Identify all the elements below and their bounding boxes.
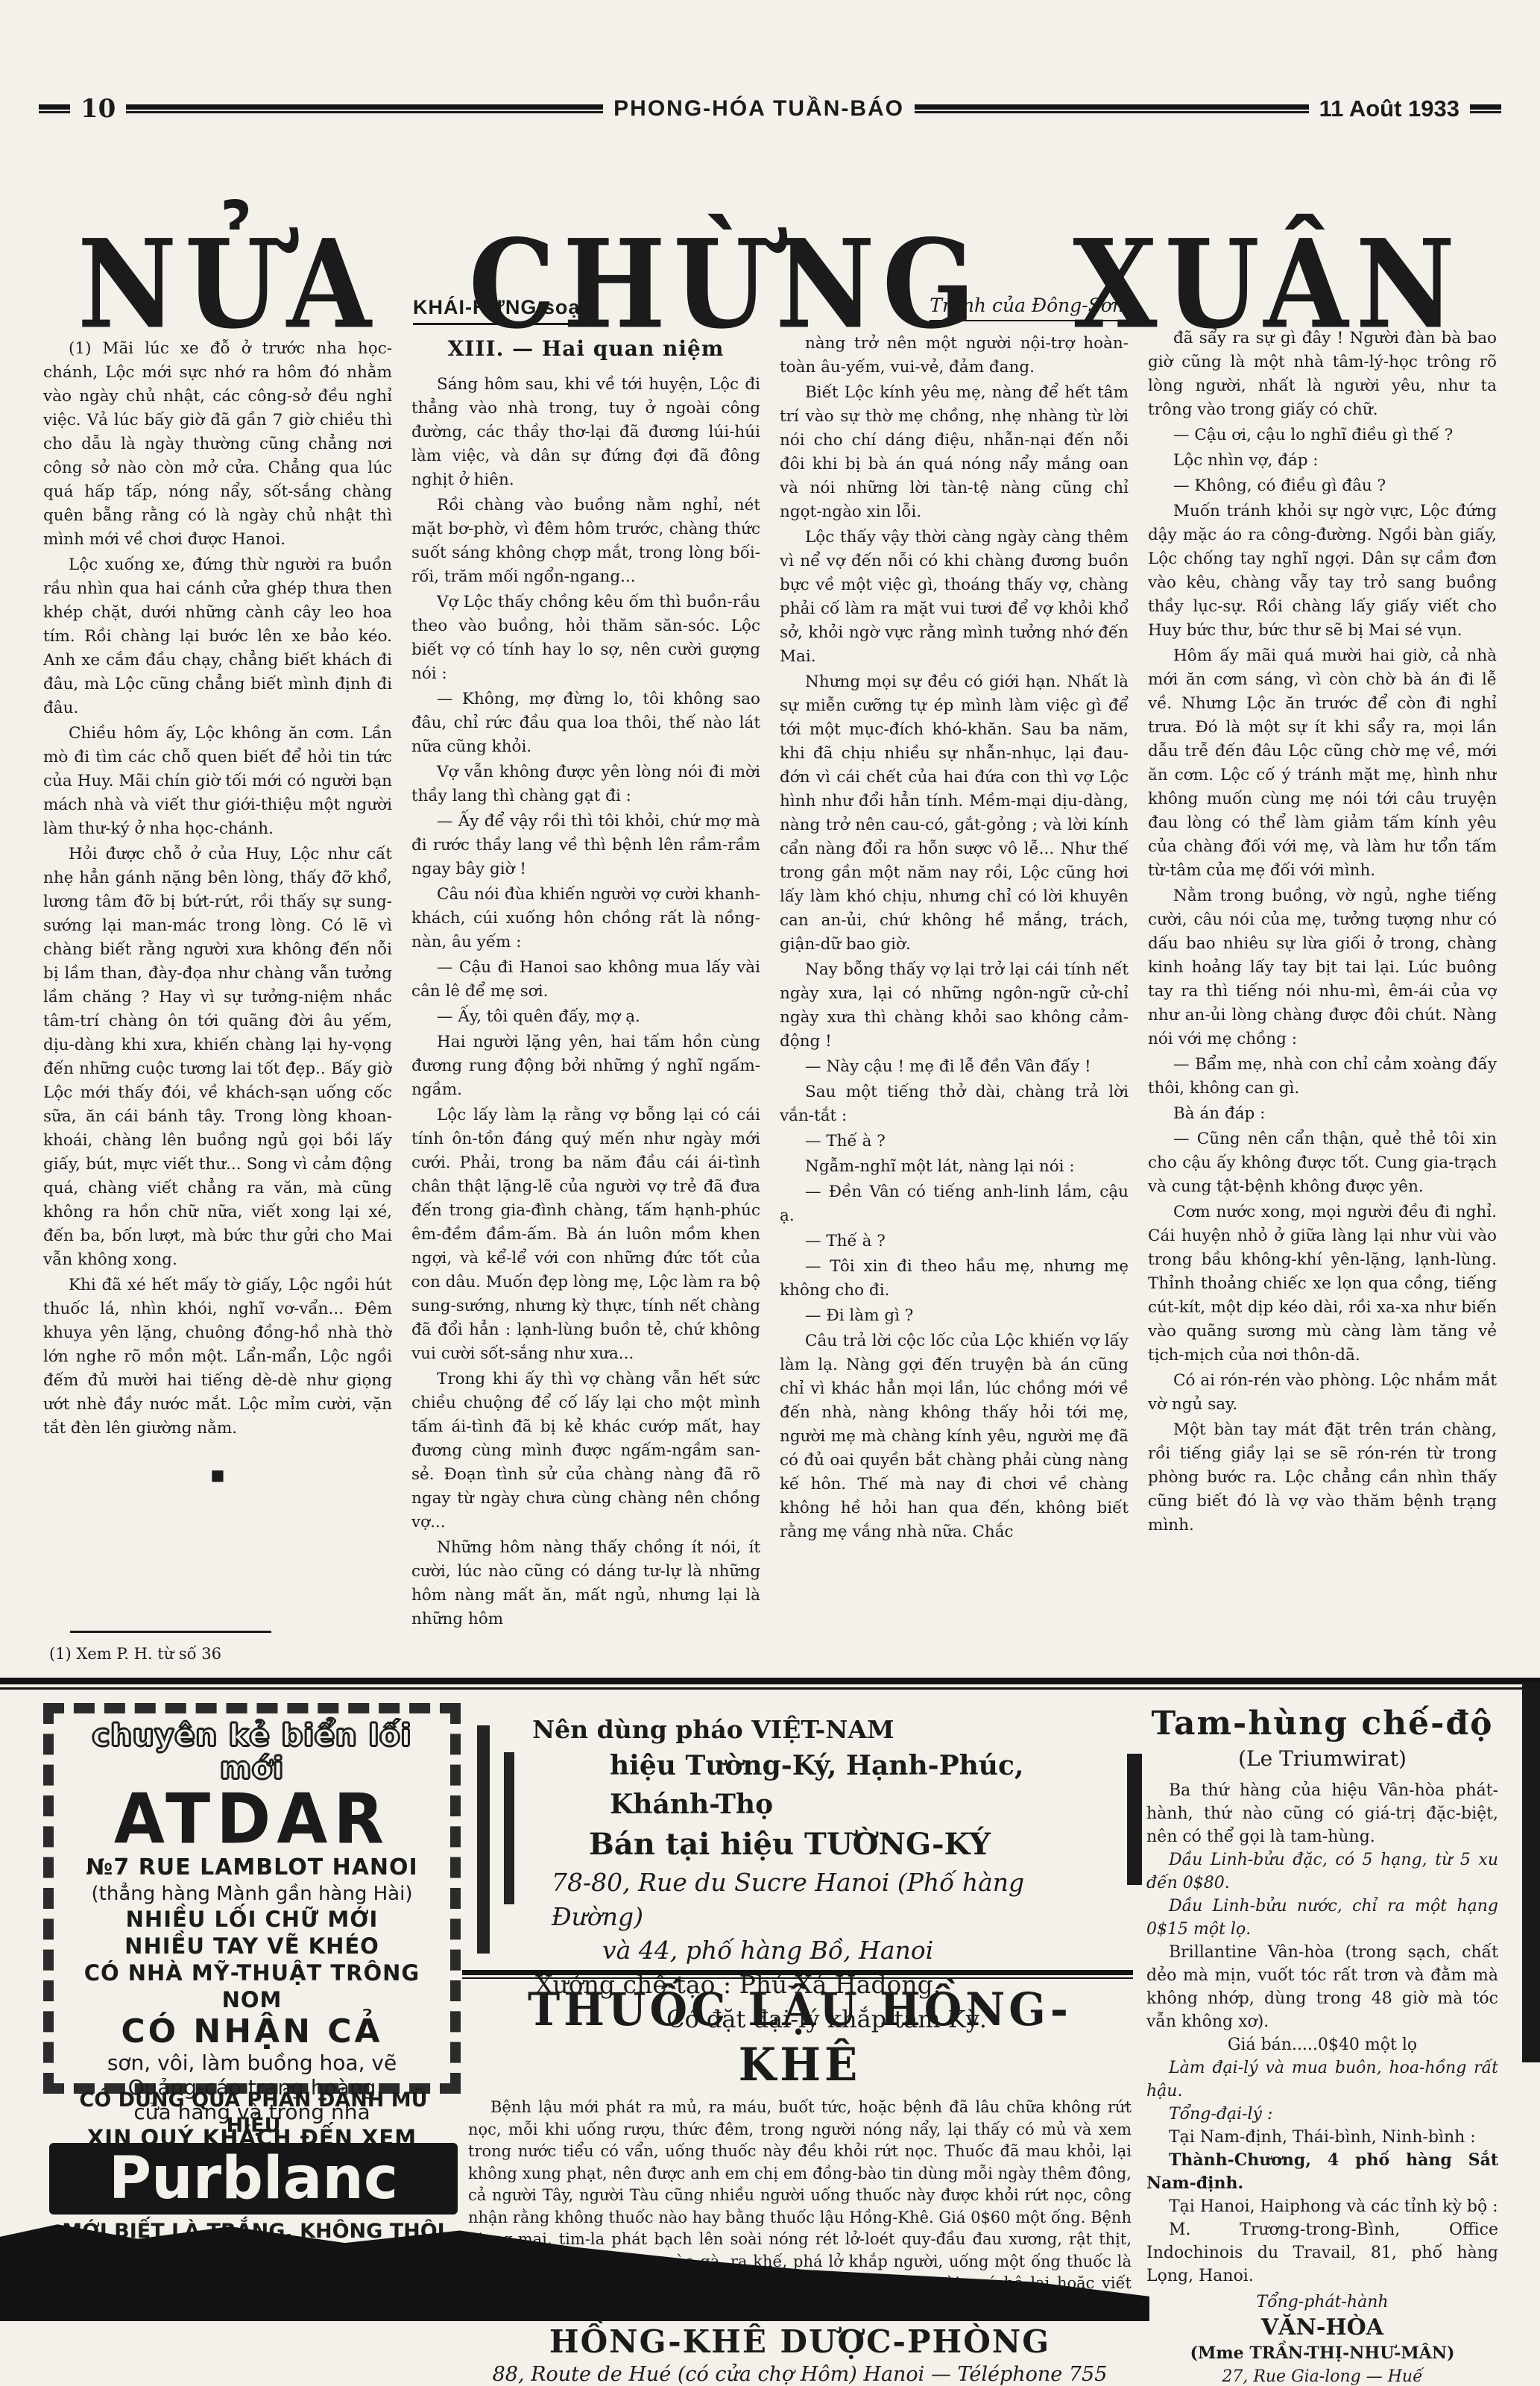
newspaper-page: 10 PHONG-HÓA TUẦN-BÁO 11 Août 1933 NỬA C… <box>0 0 1540 2386</box>
ad-paragraph: (Mme TRẦN-THỊ-NHƯ-MÂN) <box>1146 2342 1498 2365</box>
atdar-line: NHIỀU LỐI CHỮ MỚI <box>63 1906 441 1933</box>
purblanc-brand-logo: Purblanc <box>49 2143 458 2215</box>
phao-line: Bán tại hiệu TƯỜNG-KÝ <box>589 1824 1123 1866</box>
ad-paragraph: M. Trương-trong-Bình, Office Indochinois… <box>1146 2218 1498 2288</box>
column-1-body: (1) Mãi lúc xe đỗ ở trước nha học-chánh,… <box>43 337 392 1442</box>
illustrator-wrap: Tranh của Đông-Sơn <box>780 294 1124 321</box>
paragraph: nàng trở nên một người nội-trợ hoàn-toàn… <box>780 332 1129 380</box>
atdar-line: NHIỀU TAY VẼ KHÉO <box>63 1933 441 1960</box>
paragraph: Chiều hôm ấy, Lộc không ăn cơm. Lần mò đ… <box>43 722 392 841</box>
paragraph: — Bẩm mẹ, nhà con chỉ cảm xoàng đấy thôi… <box>1148 1053 1497 1101</box>
paragraph: Vợ vẫn không được yên lòng nói đi mời th… <box>411 761 760 808</box>
paragraph: Hôm ấy mãi quá mười hai giờ, cả nhà mới … <box>1148 644 1497 883</box>
paragraph: — Ấy để vậy rồi thì tôi khỏi, chứ mợ mà … <box>411 810 760 881</box>
phao-line: hiệu Tường-Ký, Hạnh-Phúc, Khánh-Thọ <box>610 1746 1123 1824</box>
paragraph: Lộc lấy làm lạ rằng vợ bỗng lại có cái t… <box>411 1104 760 1366</box>
paragraph: — Tôi xin đi theo hầu mẹ, nhưng mẹ không… <box>780 1255 1129 1303</box>
paragraph: Hỏi được chỗ ở của Huy, Lộc như cất nhẹ … <box>43 843 392 1272</box>
paragraph: Ngẫm-nghĩ một lát, nàng lại nói : <box>780 1155 1129 1179</box>
paragraph: — Thế à ? <box>780 1230 1129 1253</box>
issue-date: 11 Août 1933 <box>1319 95 1459 122</box>
pharmacy-address: 88, Route de Hué (có cửa chợ Hôm) Hanoi … <box>468 2361 1132 2386</box>
paragraph: Câu trả lời cộc lốc của Lộc khiến vợ lấy… <box>780 1329 1129 1544</box>
atdar-tagline: chuyên kẻ biển lối mới <box>63 1719 441 1785</box>
ad-paragraph: Tổng-đại-lý : <box>1146 2103 1498 2126</box>
ad-paragraph: Giá bán.....0$40 một lọ <box>1146 2033 1498 2056</box>
tamhung-body: Ba thứ hàng của hiệu Vân-hòa phát-hành, … <box>1146 1779 1498 2386</box>
ad-paragraph: Tổng-phát-hành <box>1146 2291 1498 2314</box>
atdar-brand-logo: ATDAR <box>63 1784 441 1856</box>
rule <box>1470 104 1501 113</box>
footnote-text: (1) Xem P. H. từ số 36 <box>43 1642 392 1666</box>
paragraph: Rồi chàng vào buồng nằm nghỉ, nét mặt bơ… <box>411 494 760 589</box>
paragraph: Một bàn tay mát đặt trên trán chàng, rồi… <box>1148 1418 1497 1537</box>
paragraph: — Đi làm gì ? <box>780 1304 1129 1328</box>
phao-line: 78-80, Rue du Sucre Hanoi (Phố hàng Đườn… <box>552 1866 1123 1934</box>
ad-paragraph: Dầu Linh-bửu đặc, có 5 hạng, từ 5 xu đến… <box>1146 1848 1498 1895</box>
ad-paragraph: Dầu Linh-bửu nước, chỉ ra một hạng 0$15 … <box>1146 1895 1498 1941</box>
article-columns: (1) Mãi lúc xe đỗ ở trước nha học-chánh,… <box>43 292 1497 1676</box>
paragraph: Nhưng mọi sự đều có giới hạn. Nhất là sự… <box>780 670 1129 957</box>
paragraph: Sau một tiếng thở dài, chàng trả lời vắn… <box>780 1080 1129 1128</box>
ad-paragraph: Tại Nam-định, Thái-bình, Ninh-bình : <box>1146 2126 1498 2149</box>
pharmacy-name: HỒNG-KHÊ DƯỢC-PHÒNG <box>468 2323 1132 2361</box>
paragraph: Cơm nước xong, mọi người đều đi nghỉ. Cá… <box>1148 1200 1497 1367</box>
tamhung-subtitle: (Le Triumwirat) <box>1146 1745 1498 1773</box>
paragraph: Lộc xuống xe, đứng thừ người ra buồn rầu… <box>43 553 392 720</box>
paragraph: — Cũng nên cẩn thận, quẻ thẻ tôi xin cho… <box>1148 1127 1497 1199</box>
paragraph: Nay bỗng thấy vợ lại trở lại cái tính nế… <box>780 958 1129 1054</box>
paragraph: Bà án đáp : <box>1148 1102 1497 1126</box>
atdar-address-note: (thẳng hàng Mành gần hàng Hài) <box>63 1882 441 1906</box>
paragraph: Hai người lặng yên, hai tấm hồn cùng đươ… <box>411 1030 760 1102</box>
paragraph: — Không, mợ đừng lo, tôi không sao đâu, … <box>411 687 760 759</box>
ad-paragraph: Brillantine Vân-hòa (trong sạch, chất dẻ… <box>1146 1941 1498 2033</box>
paragraph: Sáng hôm sau, khi về tới huyện, Lộc đi t… <box>411 373 760 492</box>
section-end-mark: ■ <box>43 1463 392 1487</box>
column-3: Tranh của Đông-Sơn nàng trở nên một ngườ… <box>780 292 1129 1676</box>
ink-artifact <box>1127 1754 1142 1885</box>
rule <box>126 104 603 113</box>
paragraph: Lộc nhìn vợ, đáp : <box>1148 449 1497 473</box>
paragraph: Muốn tránh khỏi sự ngờ vực, Lộc đứng dậy… <box>1148 500 1497 643</box>
rule <box>39 104 70 113</box>
chapter-heading: XIII. — Hai quan niệm <box>411 337 760 361</box>
thuoc-title: THUỐC LẬU HỒNG-KHÊ <box>468 1983 1132 2092</box>
ad-paragraph: 27, Rue Gia-long — Huế <box>1146 2365 1498 2386</box>
ad-paragraph: VĂN-HÒA <box>1146 2314 1498 2342</box>
column-1: (1) Mãi lúc xe đỗ ở trước nha học-chánh,… <box>43 292 392 1676</box>
paragraph: — Cậu ơi, cậu lo nghĩ điều gì thế ? <box>1148 424 1497 447</box>
paragraph: Nằm trong buồng, vờ ngủ, nghe tiếng cười… <box>1148 884 1497 1051</box>
author-byline: KHÁI-HƯNG soạn <box>413 295 593 325</box>
paragraph: — Thế à ? <box>780 1130 1129 1153</box>
illustrator-credit: Tranh của Đông-Sơn <box>930 294 1124 321</box>
paragraph: Có ai rón-rén vào phòng. Lộc nhắm mắt vờ… <box>1148 1369 1497 1417</box>
footnote-block: (1) Xem P. H. từ số 36 <box>43 1631 392 1676</box>
paragraph: — Không, có điều gì đâu ? <box>1148 474 1497 498</box>
purblanc-line: CÓ DÙNG QUA PHẤN ĐÁNH MŨ HIỆU <box>49 2088 458 2138</box>
paragraph: Những hôm nàng thấy chồng ít nói, ít cườ… <box>411 1536 760 1631</box>
phao-line: Nên dùng pháo VIỆT-NAM <box>532 1713 1123 1746</box>
paragraph: — Cậu đi Hanoi sao không mua lấy vài cân… <box>411 956 760 1004</box>
column-3-body: nàng trở nên một người nội-trợ hoàn-toàn… <box>780 332 1129 1546</box>
column-2-body: Sáng hôm sau, khi về tới huyện, Lộc đi t… <box>411 373 760 1633</box>
footnote-rule <box>70 1631 271 1633</box>
paragraph: Lộc thấy vậy thời càng ngày càng thêm vì… <box>780 526 1129 669</box>
column-2: KHÁI-HƯNG soạn XIII. — Hai quan niệm Sán… <box>411 292 760 1676</box>
ink-artifact <box>1522 1682 1540 2062</box>
paragraph: Biết Lộc kính yêu mẹ, nàng để hết tâm tr… <box>780 381 1129 524</box>
atdar-line: CÓ NHÀ MỸ-THUẬT TRÔNG NOM <box>63 1960 441 2013</box>
column-4: đã sẩy ra sự gì đây ! Người đàn bà bao g… <box>1148 292 1497 1676</box>
decorative-bar <box>504 1752 514 1904</box>
page-number: 10 <box>81 94 116 124</box>
paragraph: Trong khi ấy thì vợ chàng vẫn hết sức ch… <box>411 1367 760 1534</box>
ad-atdar: chuyên kẻ biển lối mới ATDAR №7 RUE LAMB… <box>43 1703 461 2094</box>
paragraph: — Đền Vân có tiếng anh-linh lắm, cậu ạ. <box>780 1180 1129 1228</box>
ad-tam-hung-che-do: Tam-hùng chế-độ (Le Triumwirat) Ba thứ h… <box>1146 1687 1498 2386</box>
rule <box>915 104 1309 113</box>
masthead: PHONG-HÓA TUẦN-BÁO <box>613 96 904 122</box>
atdar-line: CÓ NHẬN CẢ <box>63 2013 441 2050</box>
paragraph: Khi đã xé hết mấy tờ giấy, Lộc ngồi hút … <box>43 1274 392 1441</box>
ad-paragraph: Thành-Chương, 4 phố hàng Sắt Nam-định. <box>1146 2149 1498 2195</box>
ad-thuoc-lau-hong-khe: THUỐC LẬU HỒNG-KHÊ Bệnh lậu mới phát ra … <box>468 1985 1132 2386</box>
paragraph: (1) Mãi lúc xe đỗ ở trước nha học-chánh,… <box>43 337 392 552</box>
tamhung-title: Tam-hùng chế-độ <box>1146 1703 1498 1745</box>
ad-paragraph: Làm đại-lý và mua buôn, hoa-hồng rất hậu… <box>1146 2056 1498 2103</box>
ad-paragraph: Tại Hanoi, Haiphong và các tỉnh kỳ bộ : <box>1146 2195 1498 2218</box>
ad-divider-rule <box>462 1970 1133 1979</box>
paragraph: đã sẩy ra sự gì đây ! Người đàn bà bao g… <box>1148 327 1497 422</box>
paragraph: — Này cậu ! mẹ đi lễ đền Vân đấy ! <box>780 1055 1129 1079</box>
column-4-body: đã sẩy ra sự gì đây ! Người đàn bà bao g… <box>1148 327 1497 1539</box>
paragraph: — Ấy, tôi quên đấy, mợ ạ. <box>411 1005 760 1029</box>
page-header: 10 PHONG-HÓA TUẦN-BÁO 11 Août 1933 <box>39 94 1501 124</box>
phao-line: và 44, phố hàng Bồ, Hanoi <box>602 1934 1123 1967</box>
paragraph: Câu nói đùa khiến người vợ cười khanh-kh… <box>411 883 760 954</box>
ad-paragraph: Ba thứ hàng của hiệu Vân-hòa phát-hành, … <box>1146 1779 1498 1848</box>
atdar-line: sơn, vôi, làm buồng hoa, vẽ <box>63 2050 441 2075</box>
paragraph: Vợ Lộc thấy chồng kêu ốm thì buồn-rầu th… <box>411 591 760 686</box>
byline-wrap: KHÁI-HƯNG soạn <box>413 295 760 325</box>
decorative-bar <box>477 1725 490 1954</box>
